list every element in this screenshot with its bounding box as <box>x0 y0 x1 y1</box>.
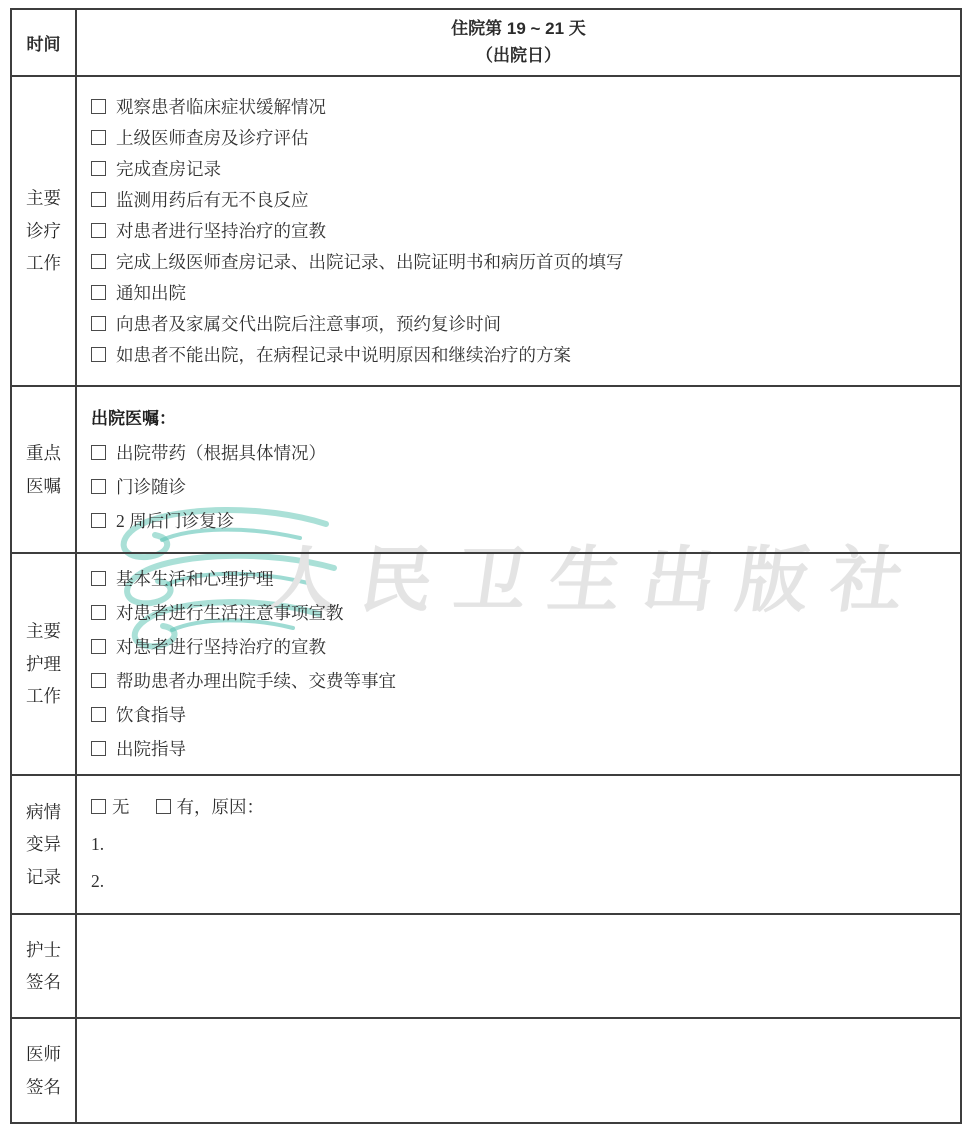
row-content-main-nursing: 基本生活和心理护理对患者进行生活注意事项宣教对患者进行坚持治疗的宣教帮助患者办理… <box>76 553 961 775</box>
line-segment: 对患者进行坚持治疗的宣教 <box>91 216 326 247</box>
line-text: 帮助患者办理出院手续、交费等事宜 <box>116 671 396 691</box>
table-row-main-nursing: 主要护理工作基本生活和心理护理对患者进行生活注意事项宣教对患者进行坚持治疗的宣教… <box>11 553 961 775</box>
label-line: 医嘱 <box>13 470 74 502</box>
checkbox-icon <box>91 316 106 331</box>
label-line: 签名 <box>13 966 74 998</box>
table-row-main-treatment: 主要诊疗工作观察患者临床症状缓解情况上级医师查房及诊疗评估完成查房记录监测用药后… <box>11 76 961 386</box>
label-line: 医师 <box>13 1038 74 1070</box>
checkbox-icon <box>91 605 106 620</box>
line-text: 饮食指导 <box>116 705 186 725</box>
row-content-variation-record: 无有，原因：1.2. <box>76 775 961 914</box>
checklist-line: 通知出院 <box>91 278 946 309</box>
checklist-line: 上级医师查房及诊疗评估 <box>91 123 946 154</box>
header-day-line1: 住院第 19 ~ 21 天 <box>78 16 959 42</box>
header-time-cell: 时间 <box>11 9 76 76</box>
line-segment: 观察患者临床症状缓解情况 <box>91 92 326 123</box>
checkbox-icon <box>91 707 106 722</box>
label-line: 主要 <box>13 615 74 647</box>
label-line: 工作 <box>13 680 74 712</box>
label-line: 签名 <box>13 1071 74 1103</box>
line-segment: 门诊随诊 <box>91 470 186 504</box>
checkbox-icon <box>91 799 106 814</box>
line-segment: 出院指导 <box>91 732 186 766</box>
line-segment: 向患者及家属交代出院后注意事项，预约复诊时间 <box>91 309 501 340</box>
line-segment: 帮助患者办理出院手续、交费等事宜 <box>91 664 396 698</box>
checkbox-icon <box>91 223 106 238</box>
checkbox-icon <box>91 161 106 176</box>
checkbox-icon <box>91 479 106 494</box>
label-line: 病情 <box>13 796 74 828</box>
row-label-main-nursing: 主要护理工作 <box>11 553 76 775</box>
line-text: 1. <box>91 834 104 854</box>
line-text: 2. <box>91 871 104 891</box>
line-segment: 出院医嘱： <box>91 402 176 436</box>
checklist-line: 完成查房记录 <box>91 154 946 185</box>
line-segment: 对患者进行生活注意事项宣教 <box>91 596 344 630</box>
line-segment: 完成上级医师查房记录、出院记录、出院证明书和病历首页的填写 <box>91 247 624 278</box>
line-segment: 完成查房记录 <box>91 154 221 185</box>
checklist-line: 出院带药（根据具体情况） <box>91 436 946 470</box>
checklist-line: 2 周后门诊复诊 <box>91 504 946 538</box>
line-text: 上级医师查房及诊疗评估 <box>116 128 309 148</box>
row-content-nurse-signature <box>76 914 961 1018</box>
line-segment: 饮食指导 <box>91 698 186 732</box>
header-day-cell: 住院第 19 ~ 21 天 （出院日） <box>76 9 961 76</box>
line-text: 通知出院 <box>116 283 186 303</box>
line-segment: 出院带药（根据具体情况） <box>91 436 326 470</box>
line-segment: 2. <box>91 863 104 900</box>
row-content-physician-signature <box>76 1018 961 1123</box>
checkbox-icon <box>91 99 106 114</box>
line-segment: 无 <box>91 789 130 826</box>
line-text: 如患者不能出院，在病程记录中说明原因和继续治疗的方案 <box>116 345 571 365</box>
line-text: 对患者进行坚持治疗的宣教 <box>116 637 326 657</box>
line-segment: 通知出院 <box>91 278 186 309</box>
row-label-variation-record: 病情变异记录 <box>11 775 76 914</box>
checklist-line: 完成上级医师查房记录、出院记录、出院证明书和病历首页的填写 <box>91 247 946 278</box>
checkbox-icon <box>91 192 106 207</box>
checkbox-icon <box>91 639 106 654</box>
checklist-line: 向患者及家属交代出院后注意事项，预约复诊时间 <box>91 309 946 340</box>
checkbox-icon <box>91 673 106 688</box>
checklist-line: 帮助患者办理出院手续、交费等事宜 <box>91 664 946 698</box>
row-content-key-orders: 出院医嘱：出院带药（根据具体情况）门诊随诊2 周后门诊复诊 <box>76 386 961 553</box>
row-content-main-treatment: 观察患者临床症状缓解情况上级医师查房及诊疗评估完成查房记录监测用药后有无不良反应… <box>76 76 961 386</box>
line-text: 完成上级医师查房记录、出院记录、出院证明书和病历首页的填写 <box>116 252 624 272</box>
label-line: 记录 <box>13 861 74 893</box>
line-text: 完成查房记录 <box>116 159 221 179</box>
row-label-physician-signature: 医师签名 <box>11 1018 76 1123</box>
line-text: 门诊随诊 <box>116 477 186 497</box>
checklist-line: 对患者进行生活注意事项宣教 <box>91 596 946 630</box>
checklist-line: 无有，原因： <box>91 789 946 826</box>
checkbox-icon <box>91 741 106 756</box>
table-row-physician-signature: 医师签名 <box>11 1018 961 1123</box>
label-line: 诊疗 <box>13 215 74 247</box>
line-text: 出院医嘱： <box>91 409 176 428</box>
line-text: 出院指导 <box>116 739 186 759</box>
line-segment: 上级医师查房及诊疗评估 <box>91 123 309 154</box>
line-text: 对患者进行坚持治疗的宣教 <box>116 221 326 241</box>
line-segment: 对患者进行坚持治疗的宣教 <box>91 630 326 664</box>
line-text: 对患者进行生活注意事项宣教 <box>116 603 344 623</box>
line-segment: 如患者不能出院，在病程记录中说明原因和继续治疗的方案 <box>91 340 571 371</box>
label-line: 主要 <box>13 182 74 214</box>
checklist-line: 饮食指导 <box>91 698 946 732</box>
checkbox-icon <box>91 130 106 145</box>
checkbox-icon <box>91 254 106 269</box>
row-label-key-orders: 重点医嘱 <box>11 386 76 553</box>
line-segment: 2 周后门诊复诊 <box>91 504 234 538</box>
checkbox-icon <box>91 445 106 460</box>
checklist-line: 对患者进行坚持治疗的宣教 <box>91 216 946 247</box>
checkbox-icon <box>91 571 106 586</box>
label-line: 护理 <box>13 648 74 680</box>
header-day-line2: （出院日） <box>78 43 959 69</box>
checklist-line: 如患者不能出院，在病程记录中说明原因和继续治疗的方案 <box>91 340 946 371</box>
line-text: 有，原因： <box>177 797 265 817</box>
checklist-line: 观察患者临床症状缓解情况 <box>91 92 946 123</box>
checklist-line: 对患者进行坚持治疗的宣教 <box>91 630 946 664</box>
line-text: 基本生活和心理护理 <box>116 569 274 589</box>
line-segment: 监测用药后有无不良反应 <box>91 185 309 216</box>
table-row-nurse-signature: 护士签名 <box>11 914 961 1018</box>
label-line: 变异 <box>13 828 74 860</box>
table-row-variation-record: 病情变异记录无有，原因：1.2. <box>11 775 961 914</box>
checklist-line: 2. <box>91 863 946 900</box>
line-segment: 有，原因： <box>156 789 265 826</box>
line-text: 监测用药后有无不良反应 <box>116 190 309 210</box>
table-header-row: 时间 住院第 19 ~ 21 天 （出院日） <box>11 9 961 76</box>
checklist-line: 门诊随诊 <box>91 470 946 504</box>
row-label-nurse-signature: 护士签名 <box>11 914 76 1018</box>
label-line: 护士 <box>13 934 74 966</box>
line-text: 向患者及家属交代出院后注意事项，预约复诊时间 <box>116 314 501 334</box>
row-label-main-treatment: 主要诊疗工作 <box>11 76 76 386</box>
line-segment: 1. <box>91 826 104 863</box>
scanned-document-page: 人民卫生出版社 时间 住院第 19 ~ 21 天 （出院日） 主要诊疗工作观察患… <box>0 0 971 1129</box>
table-row-key-orders: 重点医嘱出院医嘱：出院带药（根据具体情况）门诊随诊2 周后门诊复诊 <box>11 386 961 553</box>
clinical-pathway-table: 时间 住院第 19 ~ 21 天 （出院日） 主要诊疗工作观察患者临床症状缓解情… <box>10 8 962 1124</box>
line-text: 观察患者临床症状缓解情况 <box>116 97 326 117</box>
line-text: 出院带药（根据具体情况） <box>116 443 326 463</box>
checklist-line: 1. <box>91 826 946 863</box>
checkbox-icon <box>91 347 106 362</box>
checklist-line: 监测用药后有无不良反应 <box>91 185 946 216</box>
line-segment: 基本生活和心理护理 <box>91 562 274 596</box>
checklist-line: 基本生活和心理护理 <box>91 562 946 596</box>
label-line: 工作 <box>13 247 74 279</box>
label-line: 重点 <box>13 437 74 469</box>
orders-heading: 出院医嘱： <box>91 402 946 436</box>
checklist-line: 出院指导 <box>91 732 946 766</box>
checkbox-icon <box>91 513 106 528</box>
line-text: 2 周后门诊复诊 <box>116 511 234 531</box>
checkbox-icon <box>156 799 171 814</box>
line-text: 无 <box>112 797 130 817</box>
checkbox-icon <box>91 285 106 300</box>
